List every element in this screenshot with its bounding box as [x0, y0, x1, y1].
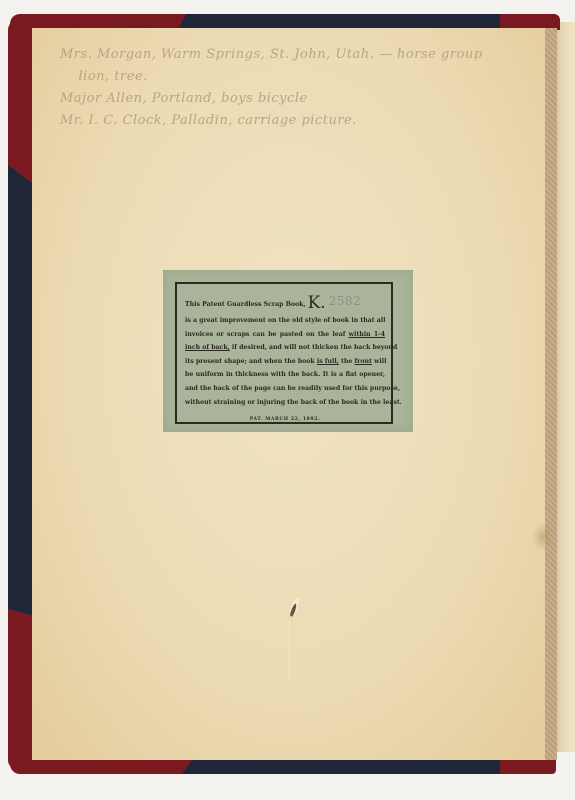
handwritten-notes: Mrs. Morgan, Warm Springs, St. John, Uta… [60, 44, 550, 132]
label-title-line: This Patent Guardless Scrap Book,K.2582 [185, 292, 385, 314]
label-line: and the back of the page can be readily … [185, 382, 385, 396]
patent-date: PAT. MARCH 22, 1892. [185, 413, 385, 427]
note-line: Mr. I. C. Clock, Palladin, carriage pict… [60, 110, 550, 132]
patent-label: This Patent Guardless Scrap Book,K.2582 … [163, 270, 413, 432]
label-line: its present shape; and when the book is … [185, 355, 385, 369]
label-line: be uniform in thickness with the back. I… [185, 368, 385, 382]
label-text: its present shape; and when the book [185, 358, 315, 365]
paper-stain [532, 522, 554, 552]
note-line: Major Allen, Portland, boys bicycle [60, 88, 550, 110]
spine-hinge-strip [545, 28, 557, 760]
cloth-top-band [178, 14, 500, 29]
label-underlined: inch of back, [185, 344, 230, 351]
label-text: if desired, and will not thicken the bac… [232, 344, 397, 351]
page-edges [555, 22, 575, 752]
label-line: without straining or injuring the back o… [185, 396, 385, 410]
model-letter: K. [308, 293, 326, 313]
label-text: will [374, 358, 386, 365]
label-underlined: is full, [317, 358, 339, 365]
note-line: lion, tree. [60, 66, 550, 88]
note-line: Mrs. Morgan, Warm Springs, St. John, Uta… [60, 44, 550, 66]
label-line: is a great improvement on the old style … [185, 314, 385, 328]
cloth-left-band [8, 165, 32, 615]
cloth-bottom-band [182, 760, 500, 774]
label-underlined: front [355, 358, 372, 365]
label-border: This Patent Guardless Scrap Book,K.2582 … [175, 282, 393, 424]
label-underlined: within 1-4 [349, 331, 385, 338]
label-line: inch of back, if desired, and will not t… [185, 341, 385, 355]
paper-scratch [289, 620, 290, 680]
serial-number: 2582 [329, 294, 362, 308]
label-line: invoices or scraps can be pasted on the … [185, 328, 385, 342]
label-title: This Patent Guardless Scrap Book, [185, 301, 306, 308]
label-text: the [341, 358, 352, 365]
label-text: invoices or scraps can be pasted on the … [185, 331, 345, 338]
